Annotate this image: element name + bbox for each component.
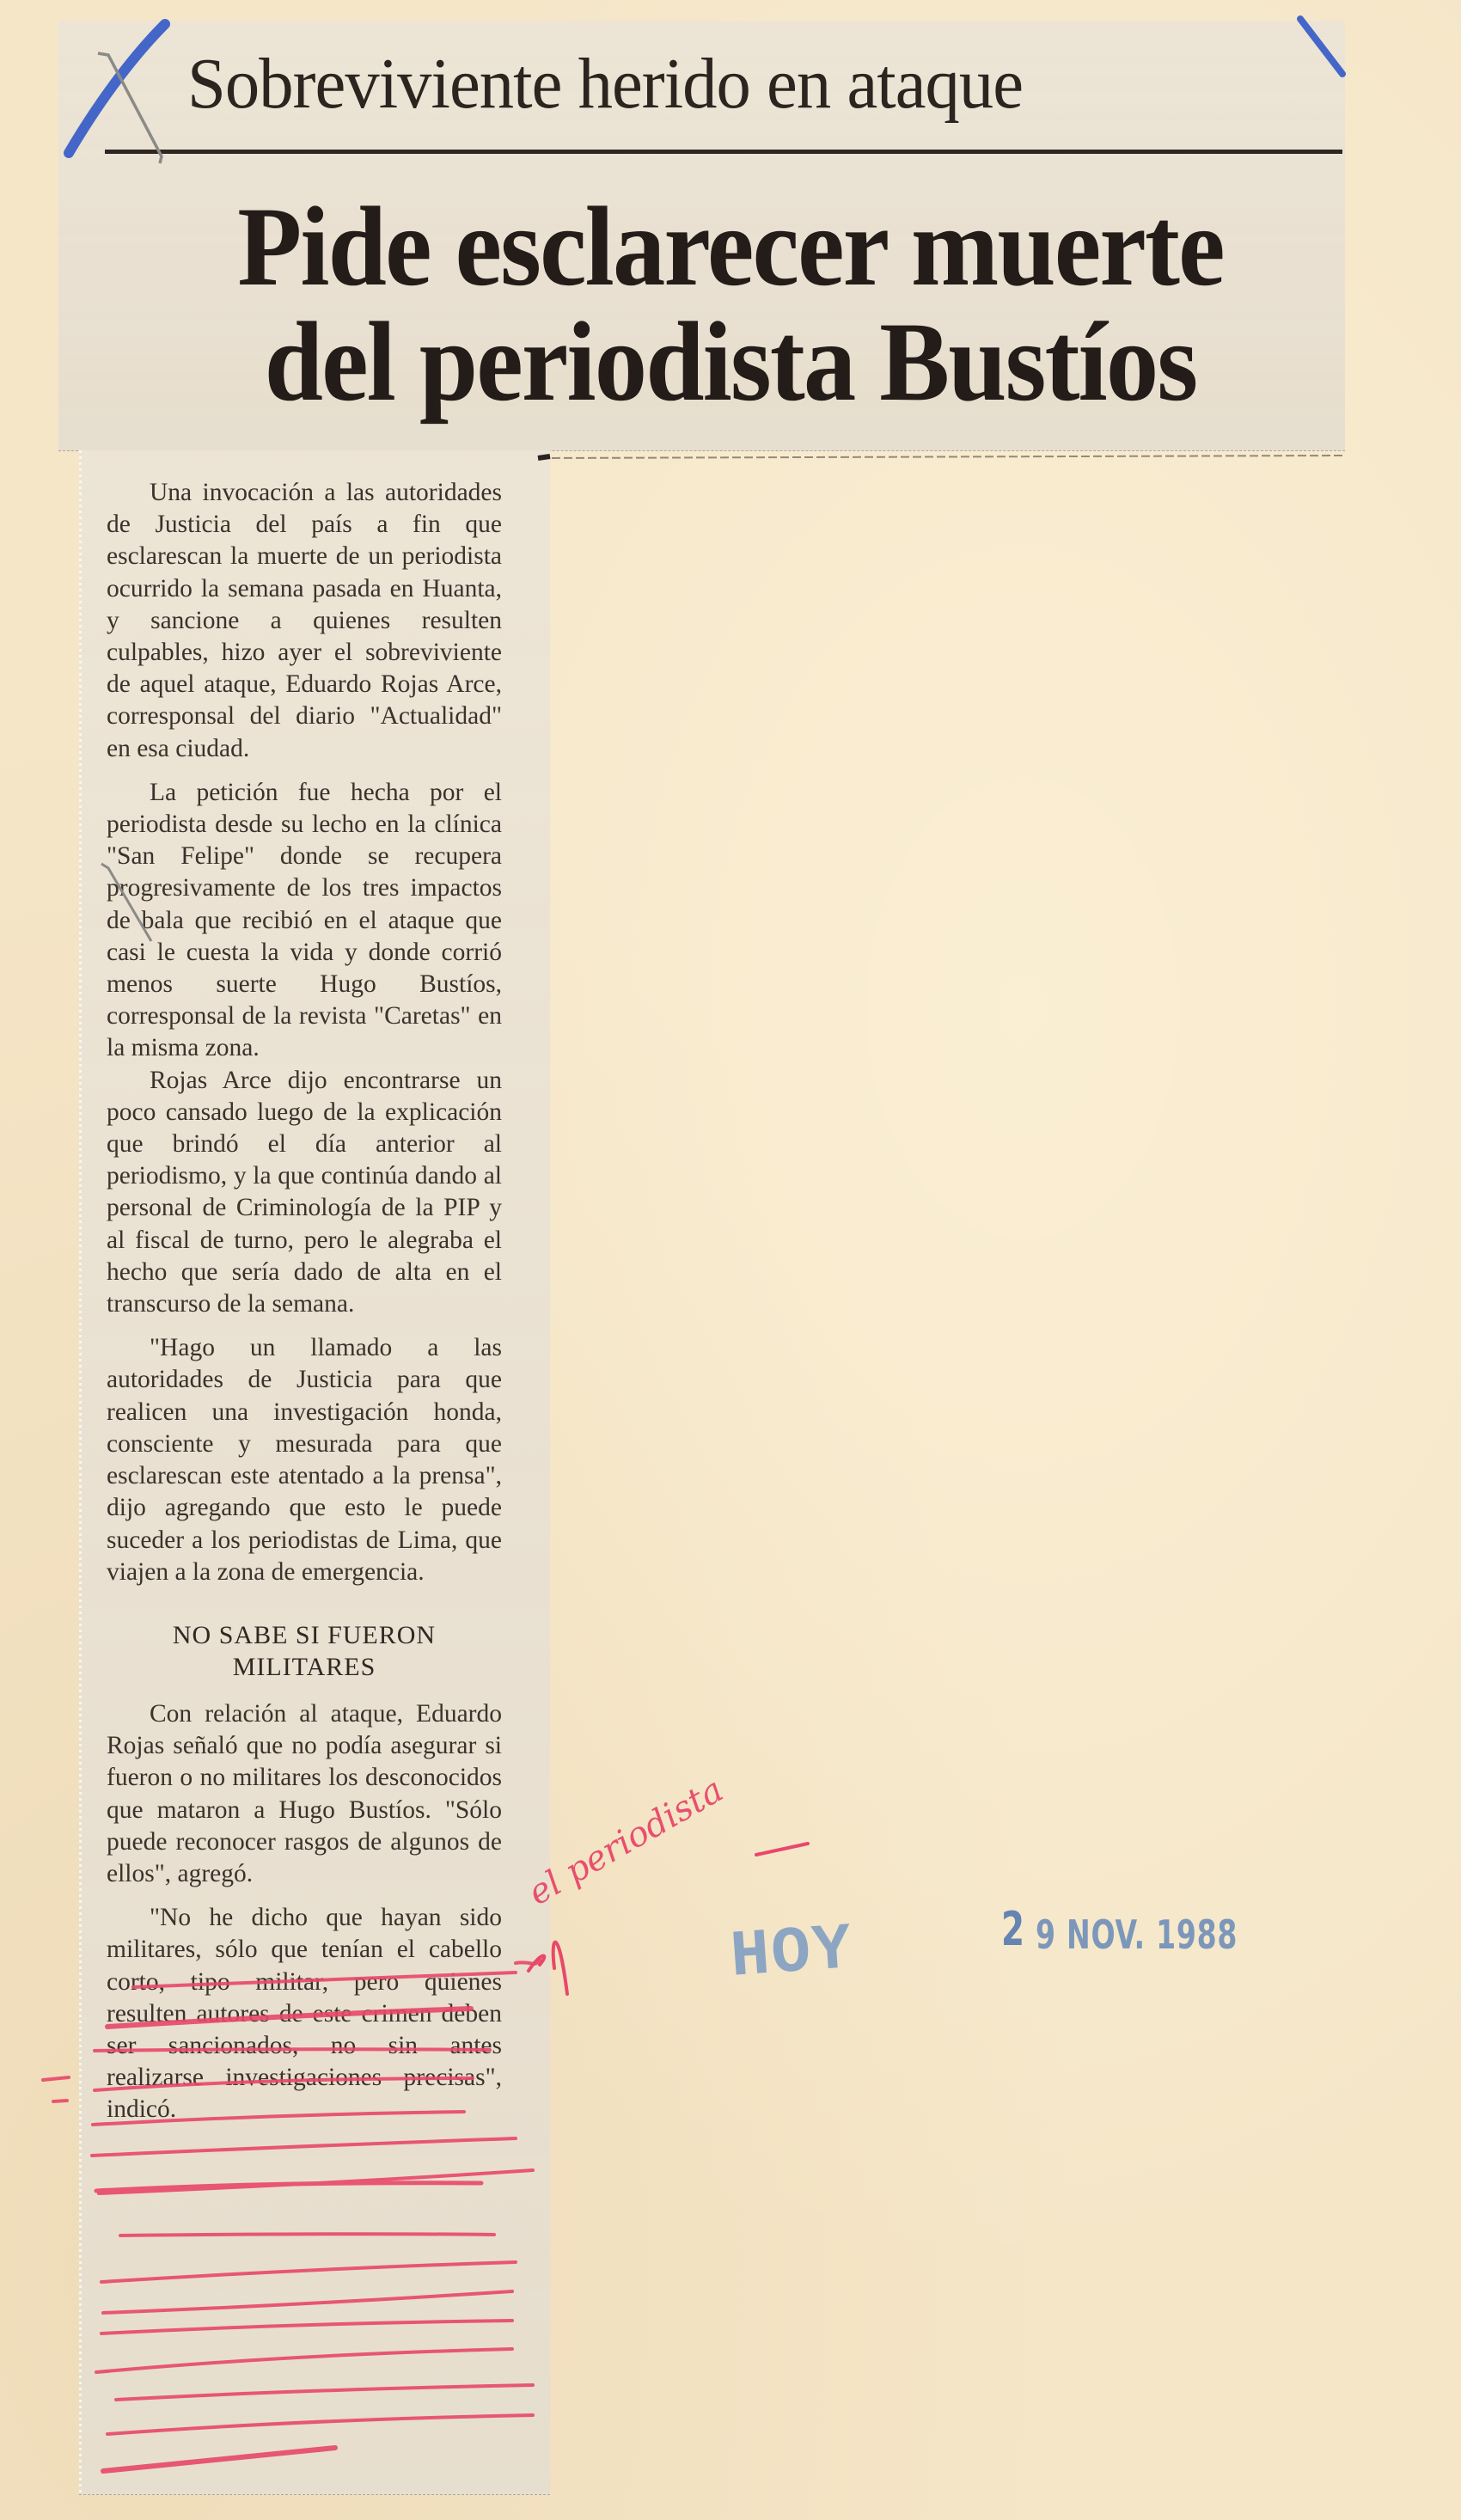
article-body: Una invocación a las autoridades de Just… [107,477,502,2126]
handwritten-note: el periodista [522,1771,730,1913]
paragraph-4: "Hago un llamado a las autoridades de Ju… [107,1332,502,1588]
paragraph-5: Con relación al ataque, Eduardo Rojas se… [107,1698,502,1890]
subheading-line-1: NO SABE SI FUERON [107,1619,502,1651]
date-stamp-rest: 9 NOV. 1988 [1036,1911,1238,1958]
headline-line-1: Pide esclarecer muerte [163,189,1299,304]
headline-line-2: del periodista Bustíos [163,304,1299,419]
subheading-line-2: MILITARES [107,1651,502,1683]
main-headline: Pide esclarecer muerte del periodista Bu… [120,189,1341,419]
paragraph-2: La petición fue hecha por el periodista … [107,777,502,1065]
paragraph-3: Rojas Arce dijo encontrarse un poco cans… [107,1065,502,1321]
paragraph-1: Una invocación a las autoridades de Just… [107,477,502,765]
paragraph-6: "No he dicho que hayan sido militares, s… [107,1902,502,2125]
subheading: NO SABE SI FUERON MILITARES [107,1619,502,1683]
date-stamp-first-digit: 2 [1001,1902,1025,1956]
kicker-rule [105,150,1342,154]
date-stamp: 2 9 NOV. 1988 [1001,1902,1238,1958]
publication-stamp: HOY [728,1912,855,1995]
kicker-headline: Sobreviviente herido en ataque [187,41,1023,127]
